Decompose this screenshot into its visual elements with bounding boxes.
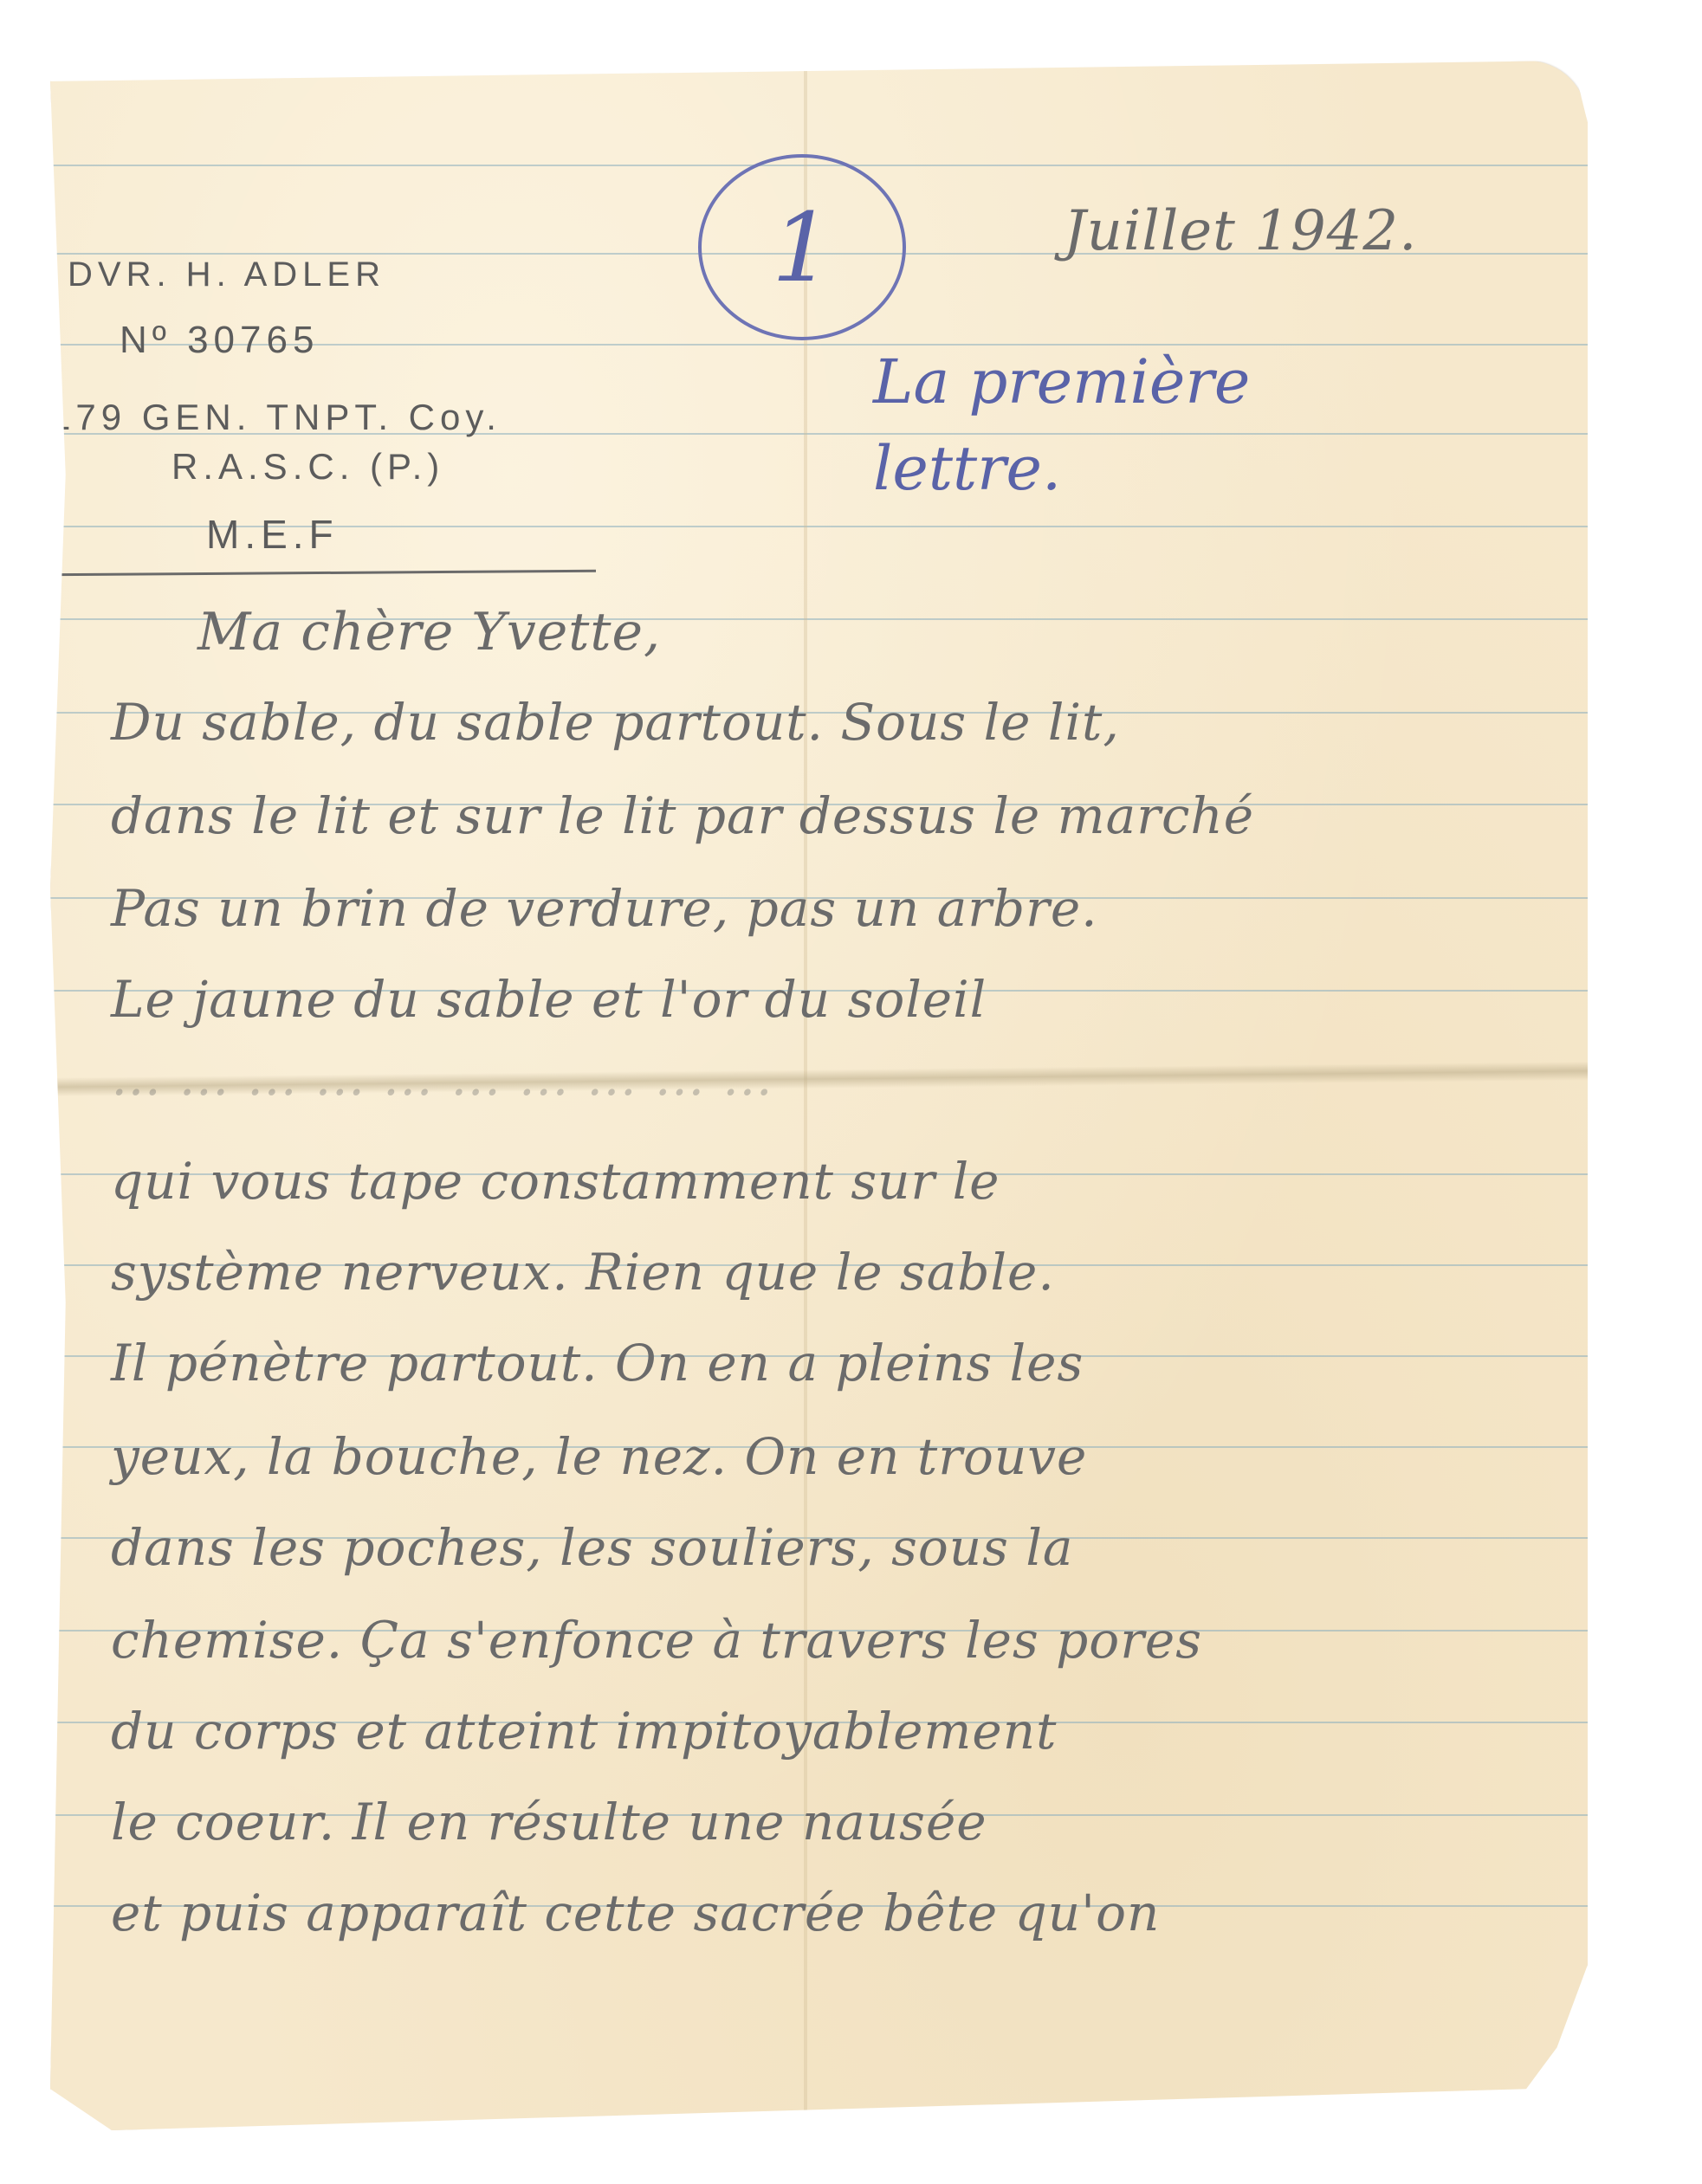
body-line-6: qui vous tape constamment sur le (111, 1152, 1000, 1211)
salutation: Ma chère Yvette, (197, 602, 661, 662)
body-line-11: chemise. Ça s'enfonce à travers les pore… (111, 1611, 1202, 1670)
annotation-line-2: lettre. (873, 433, 1061, 504)
sender-number: Nº 30765 (120, 319, 319, 362)
body-line-5-faded: … … … … … … … … … … (111, 1048, 773, 1107)
body-line-12: du corps et atteint impitoyablement (111, 1702, 1057, 1761)
page-number: 1 (772, 192, 832, 303)
body-line-8: Il pénètre partout. On en a pleins les (111, 1334, 1084, 1392)
page-number-circle: 1 (698, 154, 906, 340)
body-line-3: Pas un brin de verdure, pas un arbre. (111, 879, 1098, 938)
sender-name: DVR. H. ADLER (68, 255, 385, 294)
sender-unit: 179 GEN. TNPT. Coy. (50, 397, 502, 438)
body-line-10: dans les poches, les souliers, sous la (111, 1518, 1073, 1577)
letter-date: Juillet 1942. (1064, 199, 1417, 263)
body-line-14: et puis apparaît cette sacrée bête qu'on (111, 1884, 1160, 1942)
address-underline (50, 570, 596, 576)
body-line-1: Du sable, du sable partout. Sous le lit, (111, 693, 1120, 752)
annotation-line-1: La première (873, 346, 1250, 417)
body-line-13: le coeur. Il en résulte une nausée (111, 1793, 987, 1851)
sender-corps: R.A.S.C. (P.) (171, 446, 444, 488)
body-line-4: Le jaune du sable et l'or du soleil (111, 970, 987, 1029)
body-line-2: dans le lit et sur le lit par dessus le … (111, 786, 1254, 845)
body-line-9: yeux, la bouche, le nez. On en trouve (111, 1427, 1087, 1486)
body-line-7: système nerveux. Rien que le sable. (111, 1243, 1055, 1302)
sender-force: M.E.F (206, 511, 339, 558)
letter-paper: 1 Juillet 1942. La première lettre. DVR.… (50, 61, 1588, 2130)
